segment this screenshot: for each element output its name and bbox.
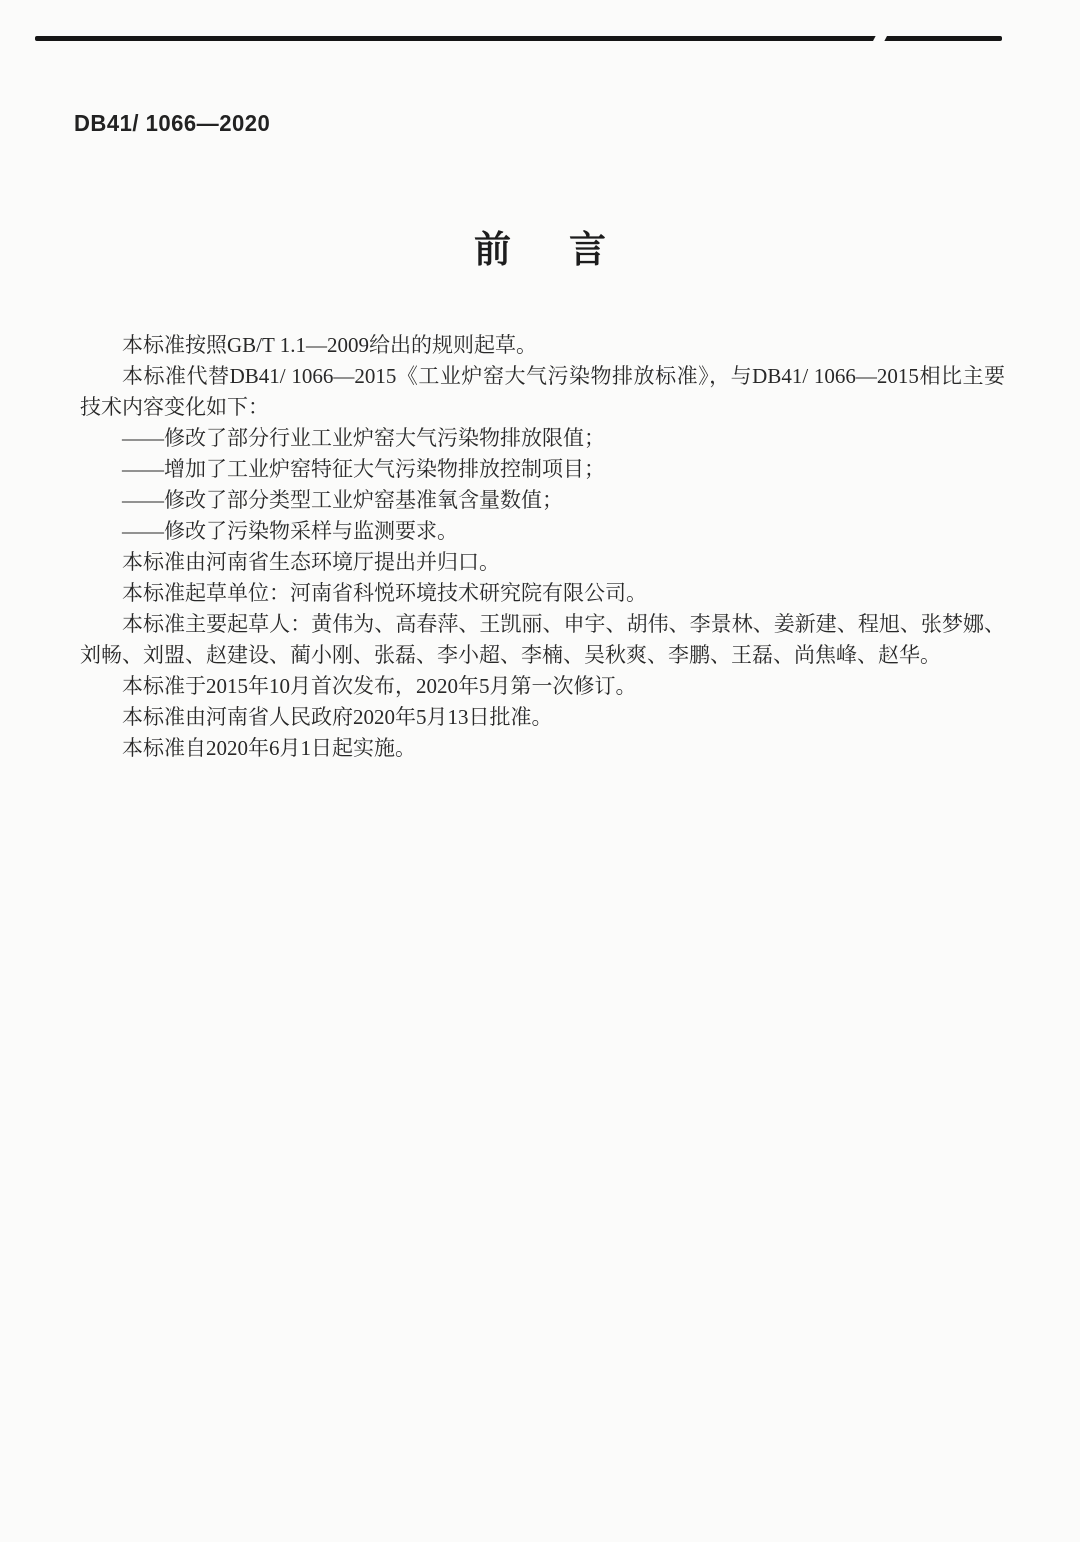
bullet-change-limits: ——修改了部分行业工业炉窑大气污染物排放限值； xyxy=(80,423,1005,454)
paragraph-proposed-by: 本标准由河南省生态环境厅提出并归口。 xyxy=(80,547,1005,578)
foreword-title-char2: 言 xyxy=(569,229,606,270)
rule-scan-gap xyxy=(873,31,887,45)
paragraph-drafting-rule: 本标准按照GB/T 1.1—2009给出的规则起草。 xyxy=(80,330,1005,361)
paragraph-publish-history: 本标准于2015年10月首次发布，2020年5月第一次修订。 xyxy=(80,671,1005,702)
top-horizontal-rule xyxy=(35,36,1002,41)
paragraph-main-drafters: 本标准主要起草人：黄伟为、高春萍、王凯丽、申宇、胡伟、李景林、姜新建、程旭、张梦… xyxy=(80,609,1005,671)
bullet-change-control-items: ——增加了工业炉窑特征大气污染物排放控制项目； xyxy=(80,454,1005,485)
paragraph-approval: 本标准由河南省人民政府2020年5月13日批准。 xyxy=(80,702,1005,733)
foreword-body: 本标准按照GB/T 1.1—2009给出的规则起草。 本标准代替DB41/ 10… xyxy=(80,330,1005,764)
standard-code: DB41/ 1066—2020 xyxy=(74,110,270,137)
paragraph-replaces-standard: 本标准代替DB41/ 1066—2015《工业炉窑大气污染物排放标准》，与DB4… xyxy=(80,361,1005,423)
foreword-title: 前言 xyxy=(0,219,1080,273)
foreword-title-char1: 前 xyxy=(474,229,511,270)
bullet-change-oxygen-values: ——修改了部分类型工业炉窑基准氧含量数值； xyxy=(80,485,1005,516)
bullet-change-monitoring: ——修改了污染物采样与监测要求。 xyxy=(80,516,1005,547)
paragraph-implementation: 本标准自2020年6月1日起实施。 xyxy=(80,733,1005,764)
document-page: DB41/ 1066—2020 前言 本标准按照GB/T 1.1—2009给出的… xyxy=(0,0,1080,1542)
paragraph-drafting-unit: 本标准起草单位：河南省科悦环境技术研究院有限公司。 xyxy=(80,578,1005,609)
